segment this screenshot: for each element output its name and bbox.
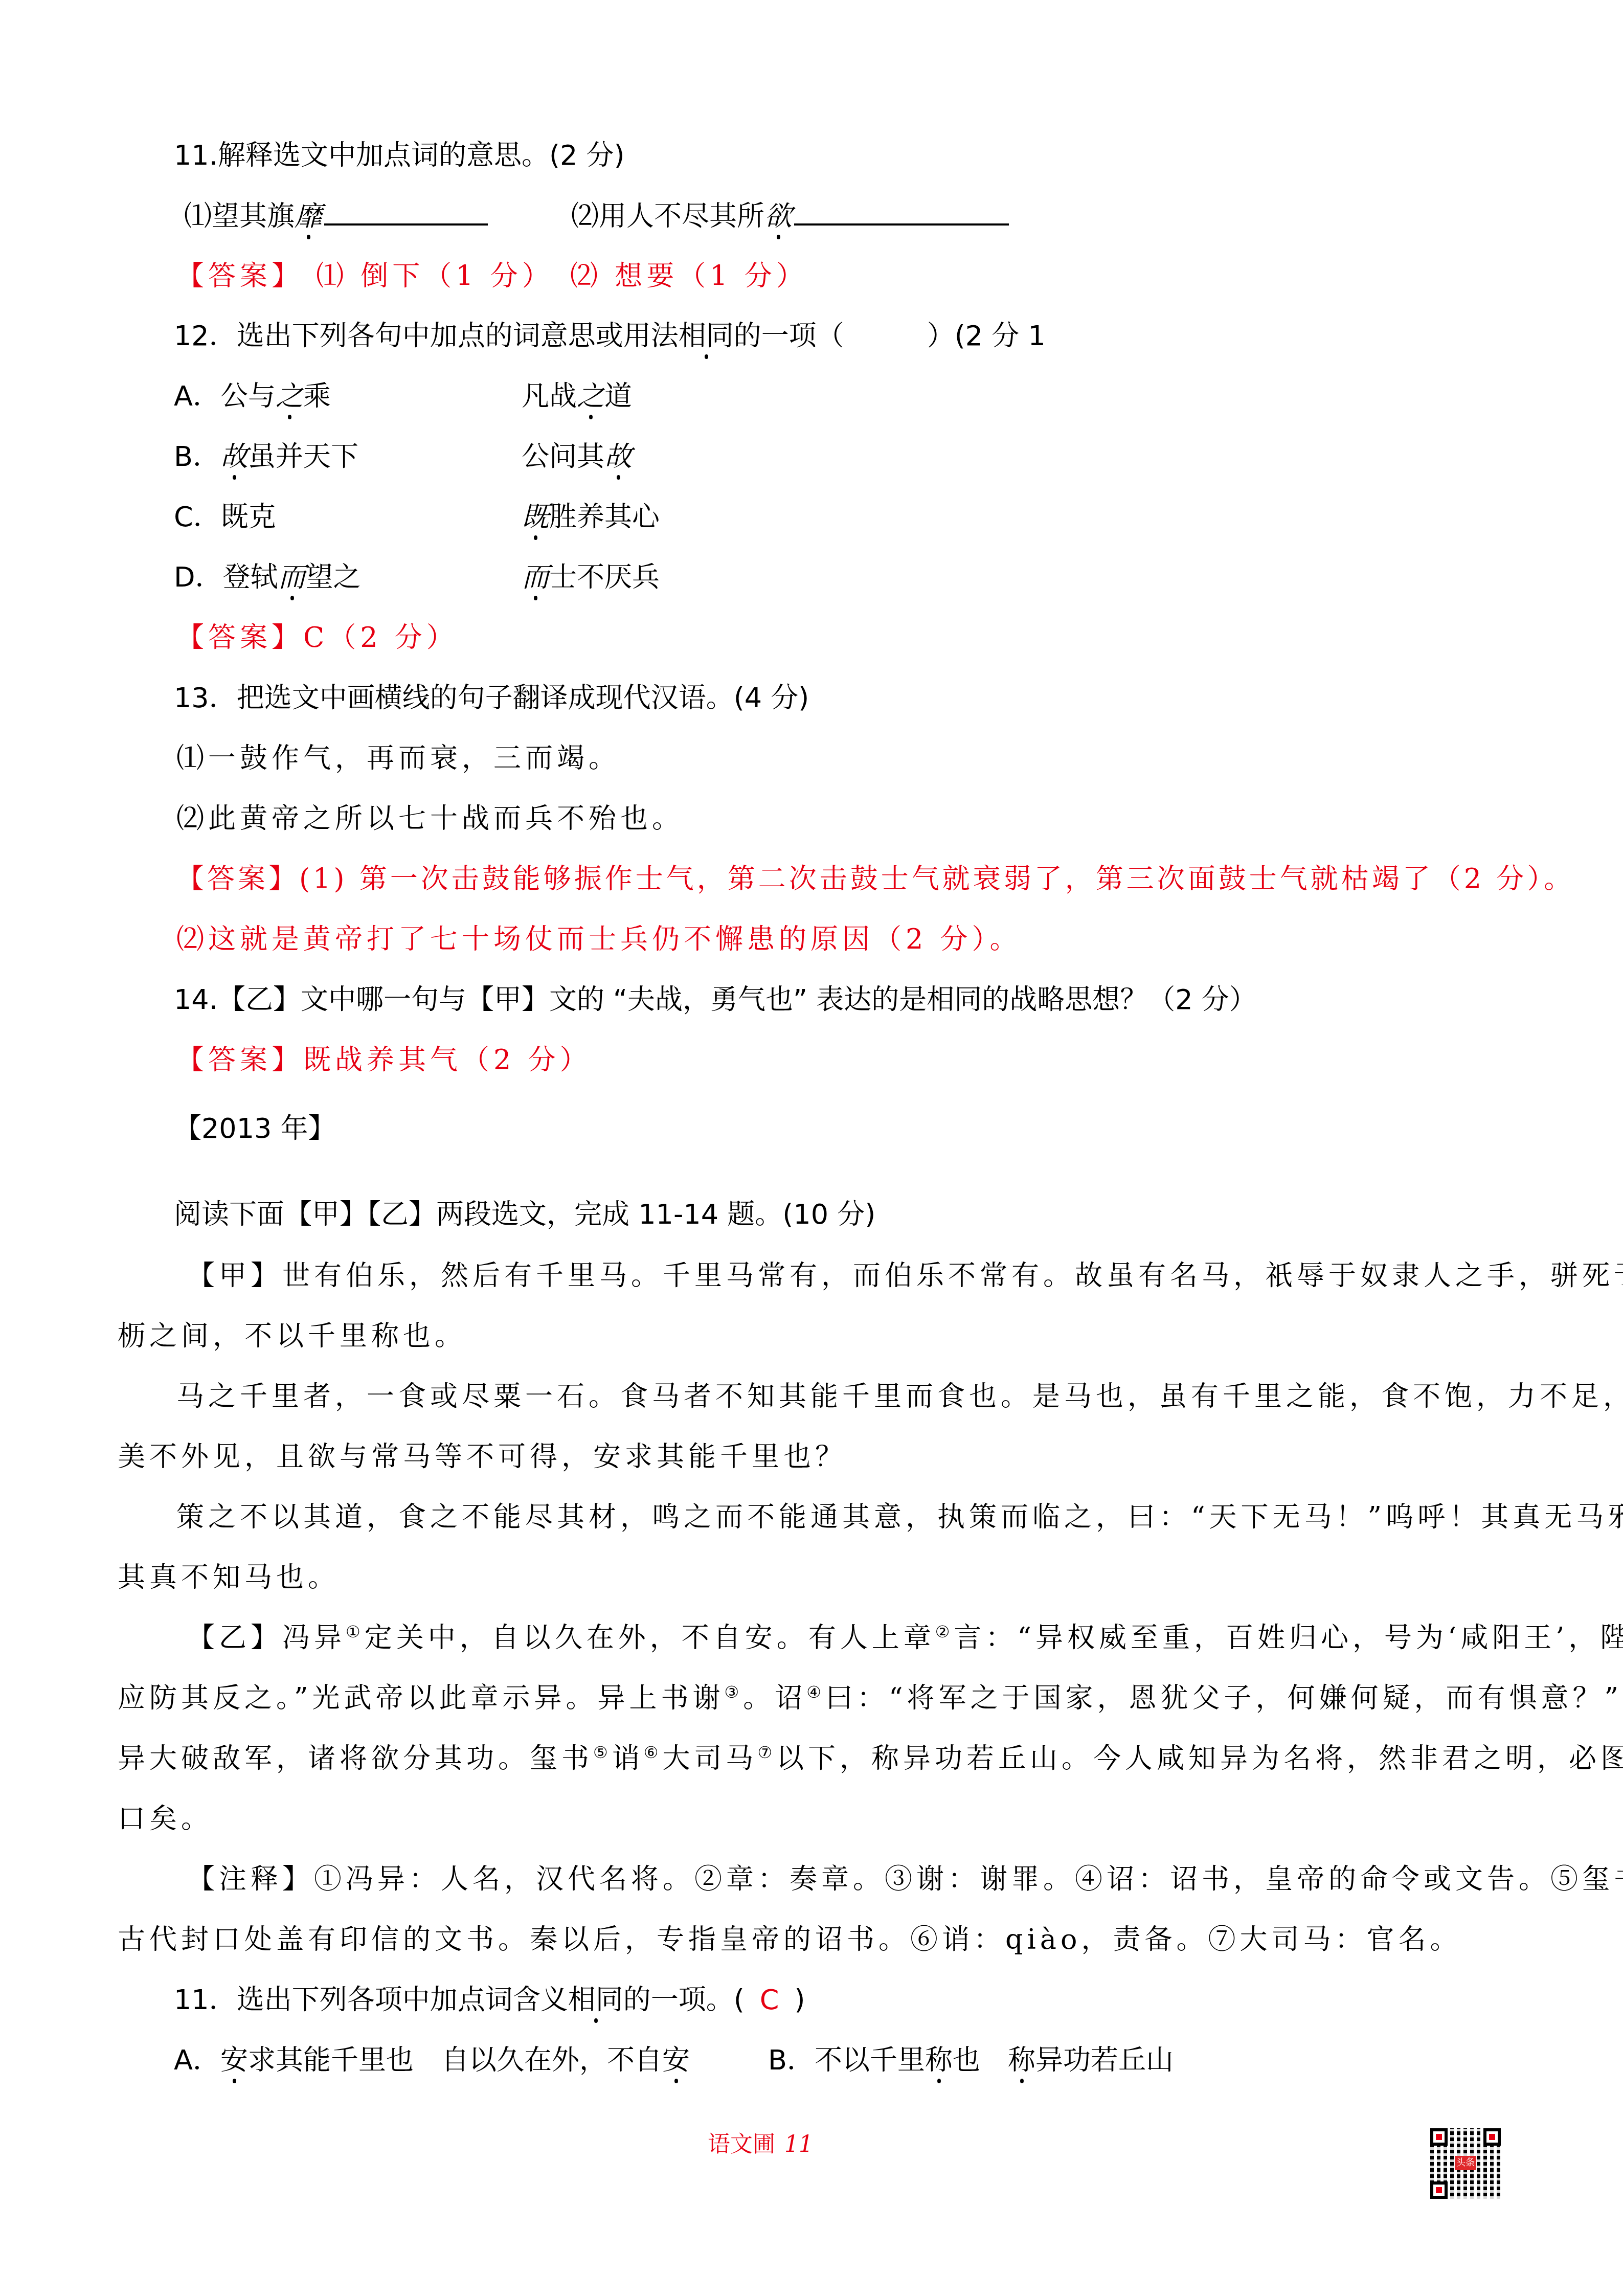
- q14-title: 14.【乙】文中哪一句与【甲】文的 “夫战，勇气也” 表达的是相同的战略思想？（…: [174, 986, 1257, 1014]
- passage-text: 言：“异权威至重，百姓归心，号为‘咸阳王’，陛下: [954, 1622, 1623, 1654]
- passage-label-yi: 【乙】: [187, 1622, 282, 1654]
- answer-tag: 【答案】: [176, 863, 299, 895]
- q12-option-d-right: 而士不厌兵: [522, 564, 660, 591]
- dotted-word: 靡: [295, 202, 322, 230]
- footnote-marker: ⑤: [593, 1743, 612, 1762]
- dotted-word: 而: [522, 564, 549, 591]
- option-label: B．: [768, 2044, 815, 2076]
- qr-finder-icon: [1430, 2128, 1448, 2146]
- option-label: A．: [174, 2044, 220, 2076]
- q12-answer: 【答案】C（2 分）: [176, 624, 458, 651]
- section-year-heading: 【2013 年】: [174, 1115, 336, 1142]
- q11-answer: 【答案】 ⑴ 倒下（1 分）: [176, 262, 554, 290]
- qr-logo-badge: 头条: [1455, 2156, 1476, 2170]
- passage-text: 应防其反之。”光武帝以此章示异。异上书谢: [118, 1682, 725, 1714]
- q11-title: 11.解释选文中加点词的意思。(2 分): [174, 142, 625, 169]
- q12-title: 12．选出下列各句中加点的词意思或用法相同的一项（ ）(2 分 1: [174, 322, 1046, 350]
- passage-jia-line-2: 枥之间，不以千里称也。: [118, 1322, 466, 1350]
- q11-item1-prefix: ⑴望其旗: [184, 200, 295, 232]
- q13-item1: ⑴一鼓作气，再而衰，三而竭。: [176, 745, 620, 772]
- q11-item1: ⑴望其旗靡: [184, 202, 488, 230]
- dotted-word: 安: [220, 2046, 248, 2074]
- option-text: 道: [604, 380, 632, 412]
- reading-intro: 阅读下面【甲】【乙】两段选文，完成 11-14 题。(10 分): [174, 1201, 875, 1228]
- dotted-word: 称: [925, 2046, 953, 2074]
- dotted-word: 而: [278, 564, 306, 591]
- answer-part-1: (1) 第一次击鼓能够振作士气，第二次击鼓士气就衰弱了，第三次面鼓士气就枯竭了（…: [299, 863, 1574, 895]
- footnote-marker: ④: [806, 1682, 825, 1702]
- qr-finder-icon: [1430, 2181, 1448, 2199]
- option-text: 自以久在外，不自: [441, 2044, 662, 2076]
- passage-text: 大司马: [662, 1742, 757, 1774]
- q12-option-c: C．既克: [174, 503, 276, 531]
- q13-answer: 【答案】(1) 第一次击鼓能够振作士气，第二次击鼓士气就衰弱了，第三次面鼓士气就…: [176, 865, 1574, 893]
- dotted-word: 称: [1008, 2046, 1035, 2074]
- passage-jia-line-4: 美不外见，且欲与常马等不可得，安求其能千里也？: [118, 1443, 847, 1471]
- notes-label: 【注释】: [187, 1863, 314, 1895]
- option-text: 求其能千里也: [248, 2044, 414, 2076]
- answer-tag: 【答案】: [176, 621, 303, 654]
- dotted-word: 故: [220, 443, 248, 470]
- answer-part-1: ⑴ 倒下（1 分）: [316, 260, 554, 292]
- passage-yi-line-4: 口矣。: [118, 1805, 213, 1833]
- dotted-word: 故: [604, 443, 632, 470]
- dotted-word: 之: [577, 382, 604, 410]
- option-label: C．: [174, 501, 221, 533]
- passage-text: 异大破敌军，诸将欲分其功。玺书: [118, 1742, 593, 1774]
- passage-text: 。诏: [743, 1682, 806, 1714]
- option-text: 既克: [221, 501, 276, 533]
- answer-tag: 【答案】: [176, 260, 303, 292]
- q12-option-c-right: 既胜养其心: [522, 503, 660, 531]
- answer-tag: 【答案】: [176, 1044, 303, 1076]
- q12-option-a-right: 凡战之道: [522, 382, 632, 410]
- passage-yi-line-1: 【乙】冯异①定关中，自以久在外，不自安。有人上章②言：“异权威至重，百姓归心，号…: [187, 1624, 1623, 1652]
- filled-answer: C: [760, 1984, 779, 2016]
- q12-title-post: 的一项（ ）(2 分 1: [734, 320, 1046, 352]
- q11-2013-title: 11．选出下列各项中加点词含义相同的一项。(C): [174, 1986, 805, 2014]
- option-text: 胜养其心: [549, 501, 660, 533]
- dotted-word: 相同: [679, 322, 734, 350]
- document-page: 11.解释选文中加点词的意思。(2 分) ⑴望其旗靡 ⑵用人不尽其所欲 【答案】…: [0, 0, 1623, 2296]
- question-text: ): [795, 1984, 805, 2016]
- q12-option-b-right: 公问其故: [522, 443, 632, 470]
- q13-title: 13．把选文中画横线的句子翻译成现代汉语。(4 分): [174, 684, 809, 712]
- answer-blank[interactable]: [324, 223, 488, 226]
- passage-label-jia: 【甲】: [187, 1259, 282, 1292]
- passage-text: 冯异: [282, 1622, 346, 1654]
- passage-text: 曰：“将军之于国家，恩犹父子，何嫌何疑，而有惧意？”及: [825, 1682, 1623, 1714]
- option-text: 望之: [306, 561, 361, 593]
- option-text: 公与: [220, 380, 276, 412]
- option-text: 登轼: [223, 561, 278, 593]
- passage-jia-line-1: 【甲】世有伯乐，然后有千里马。千里马常有，而伯乐不常有。故虽有名马，祇辱于奴隶人…: [187, 1262, 1623, 1290]
- notes-line-1: 【注释】①冯异：人名，汉代名将。②章：奏章。③谢：谢罪。④诏：诏书，皇帝的命令或…: [187, 1865, 1623, 1893]
- notes-line-2: 古代封口处盖有印信的文书。秦以后，专指皇帝的诏书。⑥诮：qiào，责备。⑦大司马…: [118, 1926, 1462, 1953]
- option-text: 公问其: [522, 440, 604, 472]
- option-text: 也: [953, 2044, 980, 2076]
- q12-option-a: A．公与之乘: [174, 382, 331, 410]
- passage-text: 以下，称异功若丘山。今人咸知异为名将，然非君之明，必图谗: [776, 1742, 1623, 1774]
- passage-jia-line-6: 其真不知马也。: [118, 1564, 340, 1591]
- answer-text: C（2 分）: [303, 621, 458, 654]
- option-label: B．: [174, 440, 220, 472]
- footer-brand: 语文圃: [708, 2131, 775, 2157]
- notes-text: ①冯异：人名，汉代名将。②章：奏章。③谢：谢罪。④诏：诏书，皇帝的命令或文告。⑤…: [314, 1863, 1623, 1895]
- footnote-marker: ①: [346, 1622, 365, 1641]
- passage-yi-line-2: 应防其反之。”光武帝以此章示异。异上书谢③。诏④曰：“将军之于国家，恩犹父子，何…: [118, 1684, 1623, 1712]
- footnote-marker: ②: [935, 1622, 954, 1641]
- footnote-marker: ⑥: [644, 1743, 663, 1762]
- passage-jia-line-3: 马之千里者，一食或尽粟一石。食马者不知其能千里而食也。是马也，虽有千里之能，食不…: [176, 1383, 1623, 1410]
- passage-yi-line-3: 异大破敌军，诸将欲分其功。玺书⑤诮⑥大司马⑦以下，称异功若丘山。今人咸知异为名将…: [118, 1745, 1623, 1772]
- q13-answer-2: ⑵这就是黄帝打了七十场仗而士兵仍不懈患的原因（2 分）。: [176, 926, 1022, 953]
- answer-text: 既战养其气（2 分）: [303, 1044, 592, 1076]
- q11-2013-option-a: A．安求其能千里也自以久在外，不自安: [174, 2046, 690, 2074]
- q13-item2: ⑵此黄帝之所以七十战而兵不殆也。: [176, 805, 684, 832]
- q14-answer: 【答案】既战养其气（2 分）: [176, 1046, 592, 1074]
- option-text: 乘: [303, 380, 331, 412]
- dotted-word: 相同: [568, 1986, 623, 2014]
- q11-item2-prefix: ⑵用人不尽其所: [571, 200, 764, 232]
- option-text: 虽并天下: [248, 440, 358, 472]
- option-label: A．: [174, 380, 220, 412]
- option-text: 异功若丘山: [1035, 2044, 1174, 2076]
- footer-page-label: 语文圃11: [708, 2133, 813, 2156]
- q12-option-b: B．故虽并天下: [174, 443, 358, 470]
- q12-option-d: D．登轼而望之: [174, 564, 361, 591]
- qr-finder-icon: [1483, 2128, 1501, 2146]
- passage-jia-line-5: 策之不以其道，食之不能尽其材，鸣之而不能通其意，执策而临之，曰：“天下无马！”呜…: [176, 1503, 1623, 1531]
- option-text: 士不厌兵: [549, 561, 660, 593]
- passage-text: 诮: [612, 1742, 644, 1774]
- question-text: 11．选出下列各项中加点词含义: [174, 1984, 568, 2016]
- answer-blank[interactable]: [794, 223, 1009, 226]
- option-label: D．: [174, 561, 223, 593]
- passage-text: 世有伯乐，然后有千里马。千里马常有，而伯乐不常有。故虽有名马，祇辱于奴隶人之手，…: [282, 1259, 1623, 1292]
- q11-item2: ⑵用人不尽其所欲: [571, 202, 1009, 230]
- dotted-word: 欲: [764, 202, 792, 230]
- footnote-marker: ③: [725, 1682, 743, 1702]
- q12-title-pre: 12．选出下列各句中加点的词意思或用法: [174, 320, 679, 352]
- dotted-word: 安: [662, 2046, 690, 2074]
- qr-code-icon: 头条: [1430, 2128, 1501, 2199]
- option-text: 凡战: [522, 380, 577, 412]
- option-text: 不以千里: [815, 2044, 925, 2076]
- passage-text: 定关中，自以久在外，不自安。有人上章: [365, 1622, 935, 1654]
- dotted-word: 之: [276, 382, 303, 410]
- dotted-word: 既: [522, 503, 549, 531]
- q11-2013-option-b: B．不以千里称也称异功若丘山: [768, 2046, 1174, 2074]
- q11-answer-2: ⑵ 想要（1 分）: [570, 262, 808, 290]
- page-number: 11: [784, 2131, 813, 2157]
- footnote-marker: ⑦: [757, 1743, 776, 1762]
- question-text: 的一项。(: [623, 1984, 745, 2016]
